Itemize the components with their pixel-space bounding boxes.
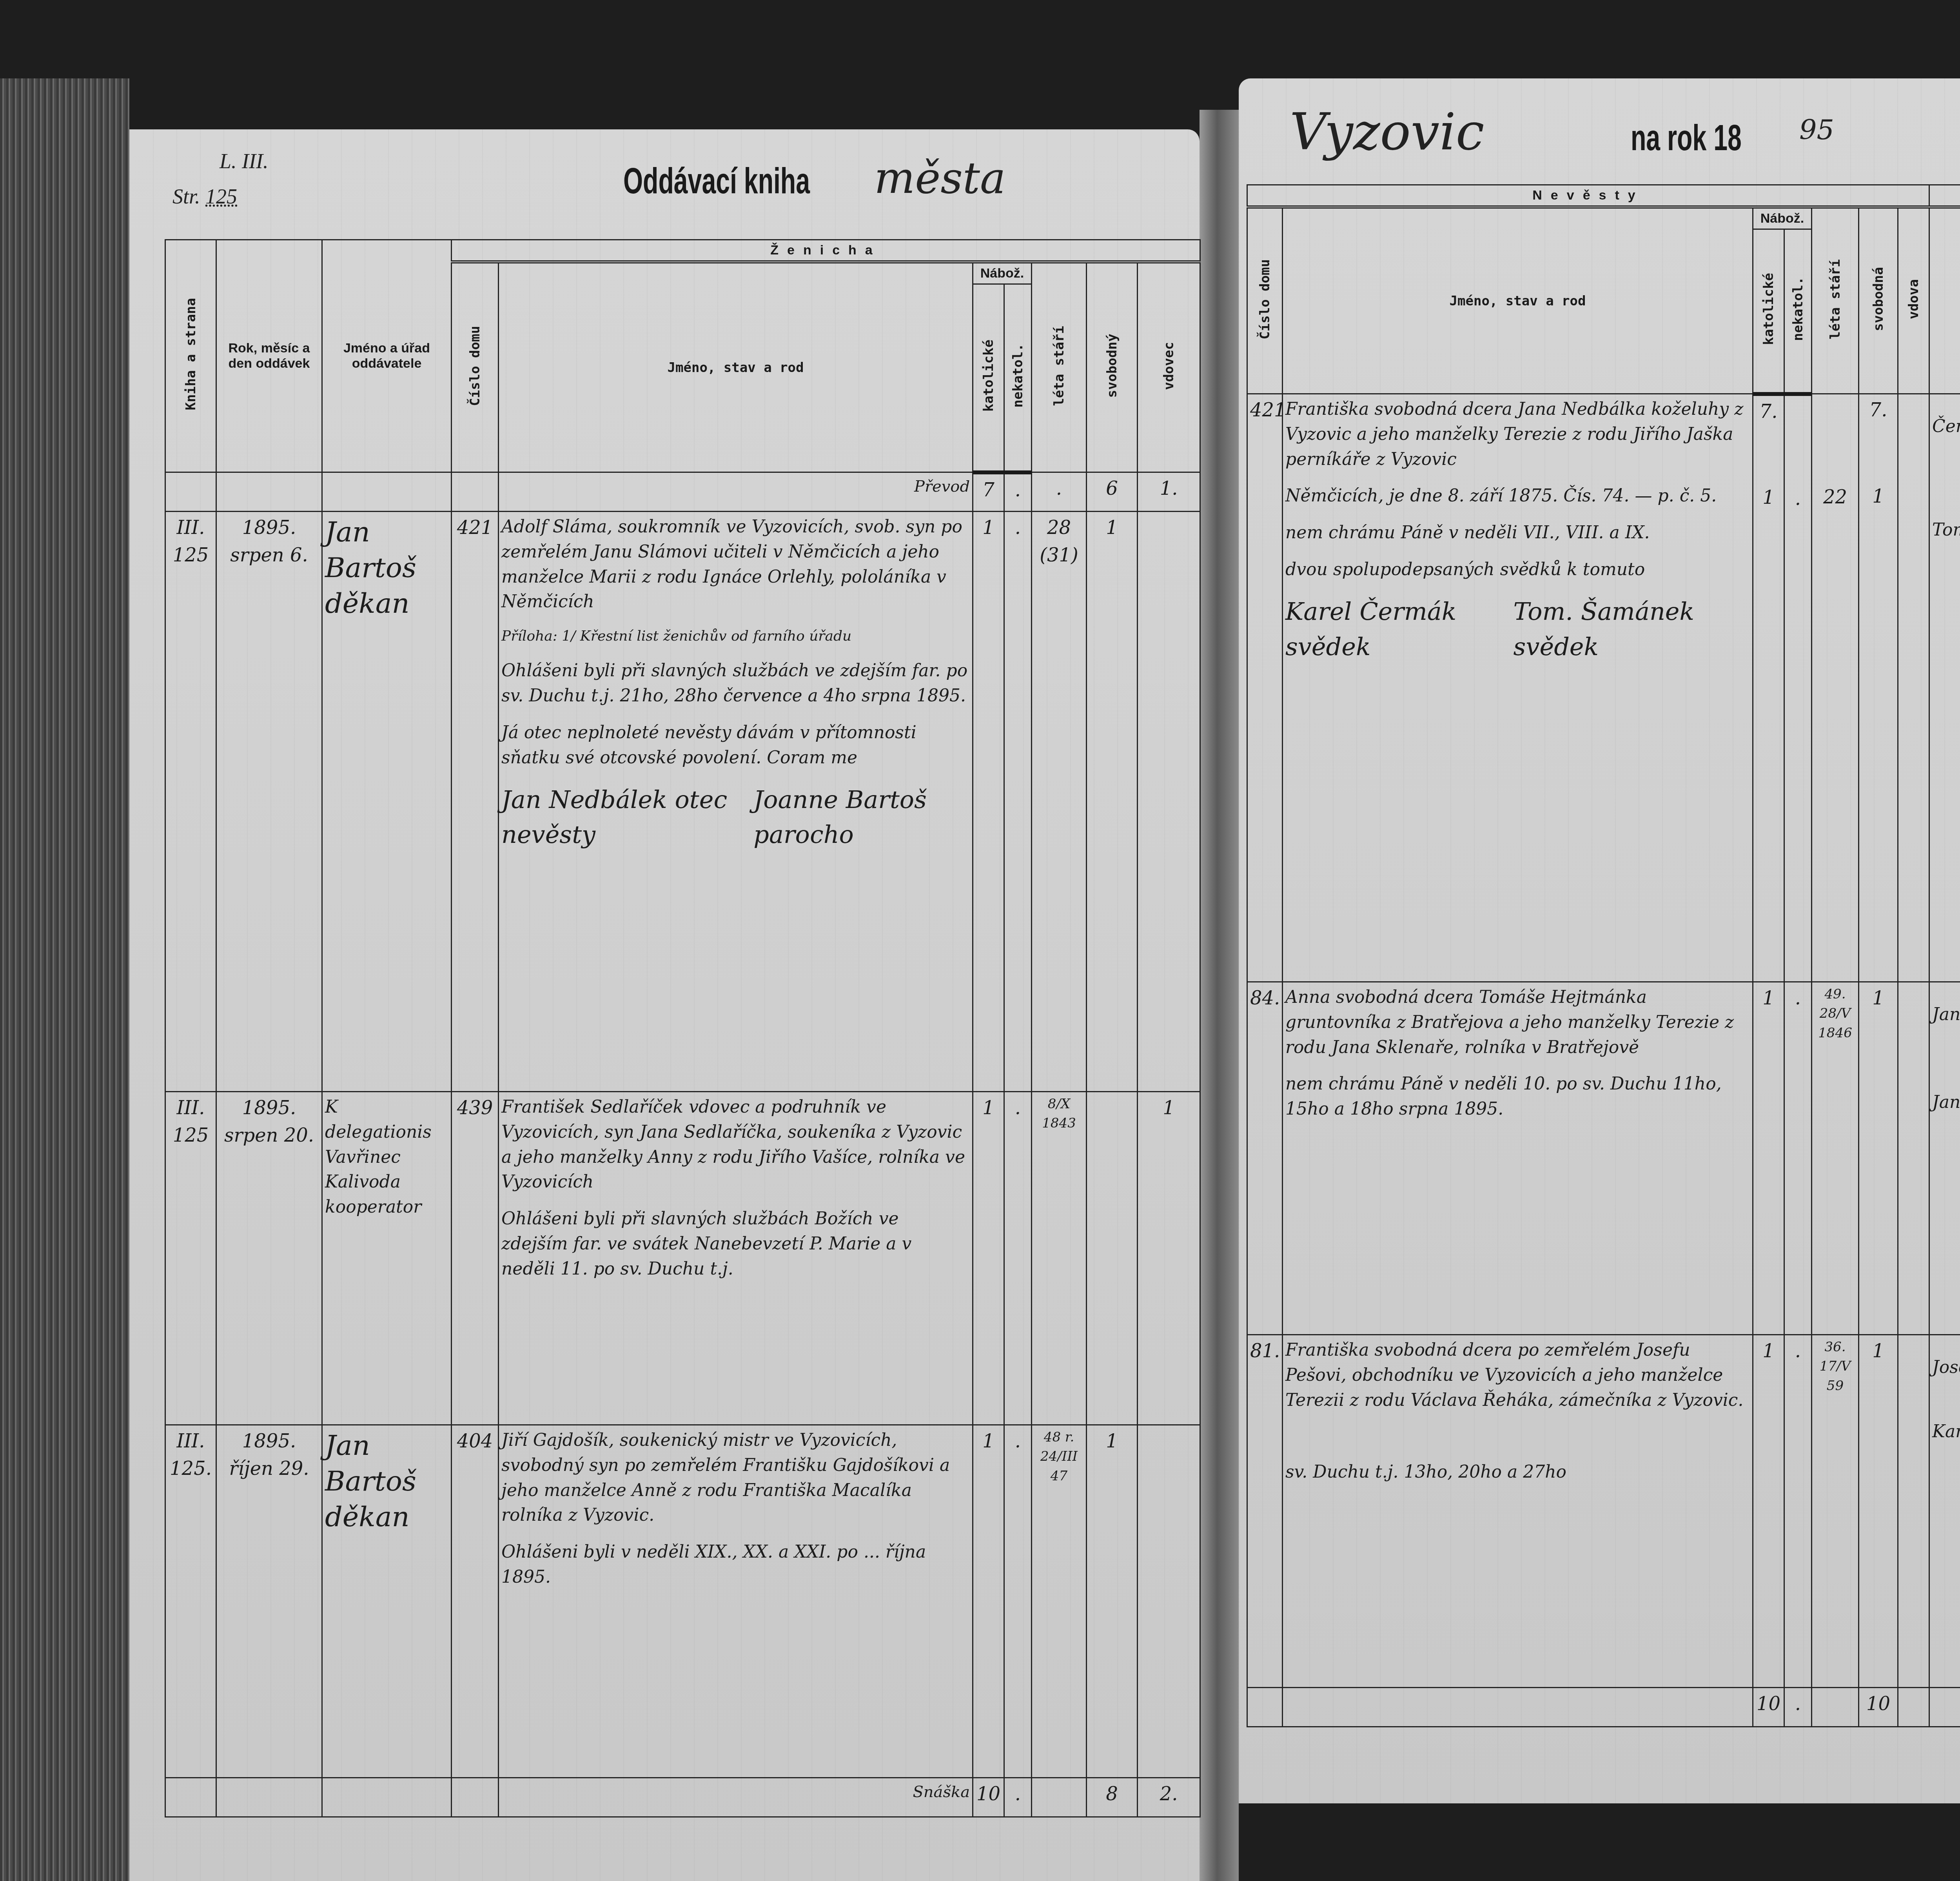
col-widow: vdova [1898, 207, 1929, 394]
entry-book-page: III. 125 [165, 1092, 216, 1425]
table-row: III. 125 1895. srpen 6. Jan Bartoš děkan… [165, 512, 1200, 1092]
col-age: léta stáří [1032, 262, 1087, 472]
entry-groom-text: Adolf Sláma, soukromník ve Vyzovicích, s… [499, 512, 973, 1092]
entry-noncatholic: . [1784, 394, 1812, 982]
carry-single: 7. [1862, 397, 1895, 424]
entry-noncatholic: . [1784, 982, 1812, 1335]
table-row: III. 125 1895. srpen 20. K delegationis … [165, 1092, 1200, 1425]
title-town: Vyzovic [1290, 102, 1485, 162]
age-value: 22 [1815, 484, 1856, 511]
col-book-page: Kniha a strana [165, 240, 216, 472]
col-religion: Nábož. [973, 262, 1032, 284]
entry-widow [1898, 394, 1929, 982]
entry-date: 1895. říjen 29. [216, 1425, 322, 1778]
entry-house-no: 421 [452, 512, 499, 1092]
entry-book-page: III. 125. [165, 1425, 216, 1778]
consent-note: Já otec neplnoleté nevěsty dávám v příto… [501, 720, 970, 770]
entry-house-no: 404 [452, 1425, 499, 1778]
entry-noncatholic: . [1004, 1092, 1032, 1425]
entry-officiant: Jan Bartoš děkan [322, 1425, 452, 1778]
col-single: svobodný [1087, 262, 1138, 472]
entry-noncatholic: . [1784, 1335, 1812, 1688]
witness-names: Josef Patrun Karel Krajíček [1929, 1335, 1960, 1688]
entry-groom-text: Jiří Gajdošík, soukenický mistr ve Vyzov… [499, 1425, 973, 1778]
col-name: Jméno, stav a rod [499, 262, 973, 472]
col-catholic: katolické [973, 284, 1004, 472]
carry-over-row: Převod 7 . . 6 1. [165, 472, 1200, 512]
col-noncatholic: nekatol. [1784, 229, 1812, 394]
page-label: Str. 125 [172, 184, 237, 209]
col-name: Jméno, stav a rod [1283, 207, 1753, 394]
witness-name: Čermák Karel [1932, 414, 1960, 439]
banns-note: sv. Duchu t.j. 13ho, 20ho a 27ho [1285, 1460, 1750, 1485]
col-widower: vdovec [1138, 262, 1200, 472]
table-row: 81. Františka svobodná dcera po zemřelém… [1247, 1335, 1960, 1688]
entry-age: 28 (31) [1032, 512, 1087, 1092]
totals-catholic: 10 [1753, 1688, 1784, 1727]
noncatholic-value: . [1787, 485, 1809, 513]
col-noncatholic: nekatol. [1004, 284, 1032, 472]
witness-group-header: Svědkův [1929, 185, 1960, 207]
banns-note: nem chrámu Páně v neděli VII., VIII. a I… [1285, 520, 1750, 545]
col-date: Rok, měsíc a den oddávek [216, 240, 322, 472]
table-row: 84. Anna svobodná dcera Tomáše Hejtmánka… [1247, 982, 1960, 1335]
entry-catholic: 1 [973, 1092, 1004, 1425]
entry-single: 1 [1087, 1425, 1138, 1778]
groom-description: Jiří Gajdošík, soukenický mistr ve Vyzov… [501, 1428, 970, 1528]
carry-catholic: 7 [973, 472, 1004, 512]
witness-name: Tom. Šamánek [1932, 517, 1960, 543]
col-witness-name: Jméno [1929, 207, 1960, 394]
totals-label: Snáška [499, 1778, 973, 1817]
witness-names: Jan Bednařík Jan Gajdošík [1929, 982, 1960, 1335]
entry-widower [1138, 512, 1200, 1092]
entry-age: 22 [1812, 394, 1859, 982]
totals-row: 10 . 10 [1247, 1688, 1960, 1727]
carry-single: 6 [1087, 472, 1138, 512]
entry-bride-text: Františka svobodná dcera Jana Nedbálka k… [1283, 394, 1753, 982]
totals-row: Snáška 10 . 8 2. [165, 1778, 1200, 1817]
entry-book-page: III. 125 [165, 512, 216, 1092]
groom-group-header: Ženicha [452, 240, 1200, 262]
entry-date: 1895. srpen 20. [216, 1092, 322, 1425]
col-house-no: Číslo domu [452, 262, 499, 472]
carry-catholic: 7. [1756, 398, 1781, 426]
col-religion: Nábož. [1753, 207, 1812, 229]
book-page-edges [0, 78, 129, 1881]
entry-age: 49. 28/V 1846 [1812, 982, 1859, 1335]
totals-widower: 2. [1138, 1778, 1200, 1817]
entry-age: 48 r. 24/III 47 [1032, 1425, 1087, 1778]
bride-description: Františka svobodná dcera po zemřelém Jos… [1285, 1338, 1750, 1413]
col-house-no: Číslo domu [1247, 207, 1283, 394]
entry-single: 1 [1859, 1335, 1898, 1688]
title-town-type: města [874, 153, 1006, 203]
entry-single: 7.1 [1859, 394, 1898, 982]
entry-single: 1 [1859, 982, 1898, 1335]
entry-catholic: 1 [973, 1425, 1004, 1778]
banns-note: Ohlášeni byli při slavných službách Boží… [501, 1206, 970, 1281]
col-catholic: katolické [1753, 229, 1784, 394]
entry-widow [1898, 1335, 1929, 1688]
bride-description: Františka svobodná dcera Jana Nedbálka k… [1285, 397, 1750, 472]
single-value: 1 [1862, 483, 1895, 510]
groom-description: František Sedlaříček vdovec a podruhník … [501, 1095, 970, 1195]
entry-widower: 1 [1138, 1092, 1200, 1425]
attachment-note: Příloha: 1/ Křestní list ženichův od far… [501, 626, 970, 646]
entry-bride-text: Anna svobodná dcera Tomáše Hejtmánka gru… [1283, 982, 1753, 1335]
carry-over-label: Převod [499, 472, 973, 512]
entry-catholic: 1 [973, 512, 1004, 1092]
left-page: L. III. Str. 125 Oddávací kniha města Kn… [129, 129, 1200, 1881]
col-officiant: Jméno a úřad oddávatele [322, 240, 452, 472]
banns-note: Ohlášeni byli při slavných službách ve z… [501, 658, 970, 708]
birth-note: Němčicích, je dne 8. září 1875. Čís. 74.… [1285, 483, 1750, 508]
father-signature: Jan Nedbálek otec nevěsty [501, 782, 753, 853]
entry-catholic: 1 [1753, 982, 1784, 1335]
entry-noncatholic: . [1004, 512, 1032, 1092]
table-row: III. 125. 1895. říjen 29. Jan Bartoš děk… [165, 1425, 1200, 1778]
entry-officiant: Jan Bartoš děkan [322, 512, 452, 1092]
entry-noncatholic: . [1004, 1425, 1032, 1778]
page-label-text: Str. [172, 185, 200, 208]
witness-signature: Karel Čermák svědek [1285, 594, 1514, 665]
groom-description: Adolf Sláma, soukromník ve Vyzovicích, s… [501, 514, 970, 614]
witness-name: Josef Patrun [1932, 1355, 1960, 1380]
entry-catholic: 7.1 [1753, 394, 1784, 982]
title-year: 95 [1799, 114, 1834, 146]
witness-signature: Tom. Šamánek svědek [1514, 594, 1750, 665]
book-gutter [1200, 110, 1239, 1881]
entry-house-no: 439 [452, 1092, 499, 1425]
entry-single [1087, 1092, 1138, 1425]
bride-witness-register-table: Nevěsty Svědkův Číslo domu Jméno, stav a… [1247, 184, 1960, 1727]
col-single: svobodná [1859, 207, 1898, 394]
witness-names: Čermák Karel Tom. Šamánek [1929, 394, 1960, 982]
banns-note: Ohlášeni byli v neděli XIX., XX. a XXI. … [501, 1540, 970, 1590]
entry-single: 1 [1087, 512, 1138, 1092]
witness-name: Jan Gajdošík [1932, 1090, 1960, 1115]
totals-single: 10 [1859, 1688, 1898, 1727]
carry-noncatholic: . [1004, 472, 1032, 512]
entry-widower [1138, 1425, 1200, 1778]
table-row: 421 Františka svobodná dcera Jana Nedbál… [1247, 394, 1960, 982]
volume-mark: L. III. [220, 149, 268, 173]
register-title: Oddávací kniha [623, 161, 810, 202]
carry-age: . [1032, 472, 1087, 512]
carry-widower: 1. [1138, 472, 1200, 512]
entry-officiant: K delegationis Vavřinec Kalivoda koopera… [322, 1092, 452, 1425]
catholic-value: 1 [1756, 484, 1781, 512]
entry-date: 1895. srpen 6. [216, 512, 322, 1092]
totals-noncatholic: . [1004, 1778, 1032, 1817]
entry-age: 36. 17/V 59 [1812, 1335, 1859, 1688]
col-age: léta stáří [1812, 207, 1859, 394]
totals-catholic: 10 [973, 1778, 1004, 1817]
entry-groom-text: František Sedlaříček vdovec a podruhník … [499, 1092, 973, 1425]
totals-noncatholic: . [1784, 1688, 1812, 1727]
bride-group-header: Nevěsty [1247, 185, 1929, 207]
banns-note: nem chrámu Páně v neděli 10. po sv. Duch… [1285, 1071, 1750, 1122]
priest-signature: Joanne Bartoš parocho [753, 782, 970, 853]
witness-name: Karel Krajíček [1932, 1419, 1960, 1444]
totals-single: 8 [1087, 1778, 1138, 1817]
witness-statement: dvou spolupodepsaných svědků k tomuto [1285, 557, 1750, 582]
groom-register-table: Kniha a strana Rok, měsíc a den oddávek … [165, 239, 1201, 1817]
entry-age: 8/X 1843 [1032, 1092, 1087, 1425]
bride-description: Anna svobodná dcera Tomáše Hejtmánka gru… [1285, 985, 1750, 1060]
entry-catholic: 1 [1753, 1335, 1784, 1688]
right-page: Vyzovic na rok 18 95 Nevěsty Svědkův Čís… [1239, 78, 1960, 1803]
entry-house-no: 421 [1247, 394, 1283, 982]
title-year-label: na rok 18 [1631, 118, 1742, 159]
entry-house-no: 81. [1247, 1335, 1283, 1688]
entry-widow [1898, 982, 1929, 1335]
witness-name: Jan Bednařík [1932, 1002, 1960, 1027]
entry-bride-text: Františka svobodná dcera po zemřelém Jos… [1283, 1335, 1753, 1688]
entry-house-no: 84. [1247, 982, 1283, 1335]
page-number: 125 [205, 185, 237, 208]
